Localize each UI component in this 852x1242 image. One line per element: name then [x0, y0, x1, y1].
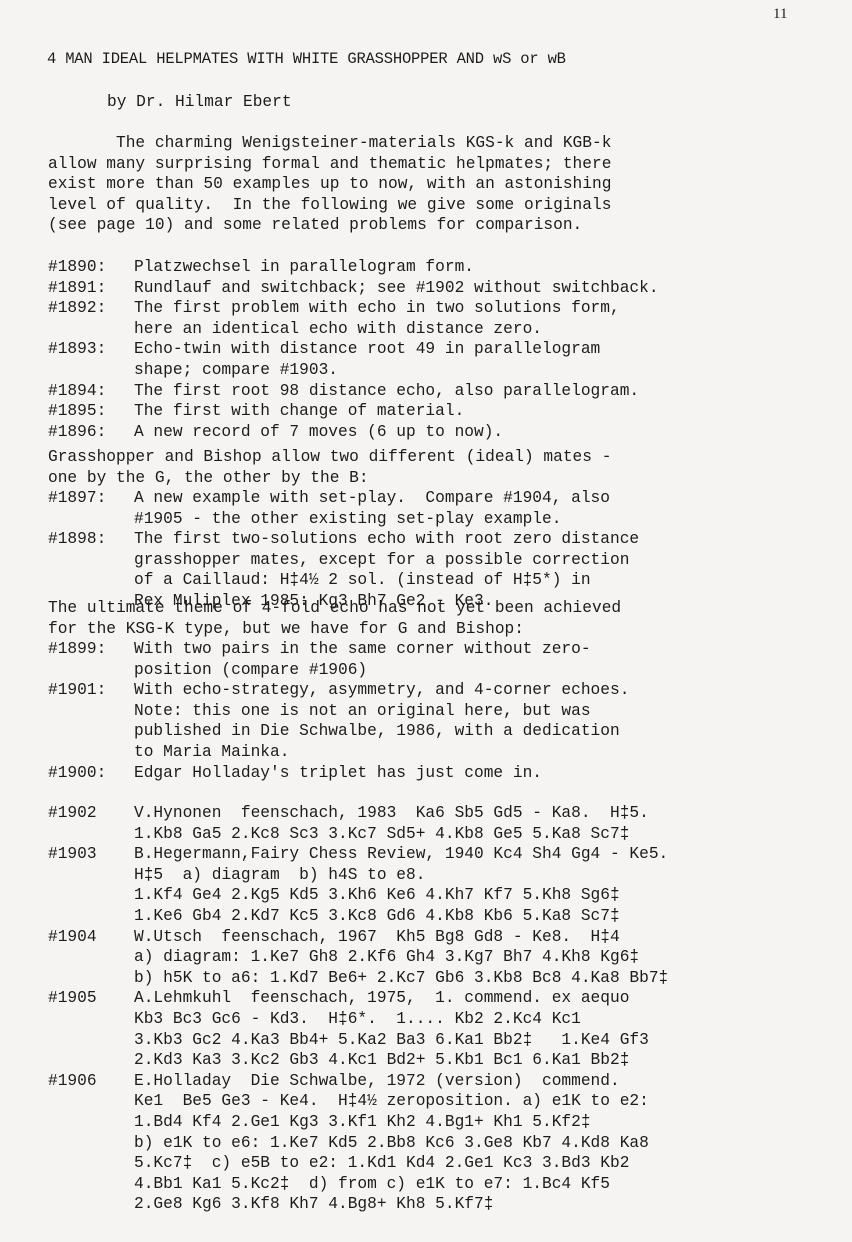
problem-text: With echo-strategy, asymmetry, and 4-cor…: [134, 680, 629, 701]
problem-number: #1906: [48, 1071, 134, 1092]
problem-entry-line: Note: this one is not an original here, …: [48, 701, 629, 722]
section-2-intro: Grasshopper and Bishop allow two differe…: [48, 447, 611, 488]
problem-entry-line: here an identical echo with distance zer…: [48, 319, 659, 340]
problem-entry-line: 3.Kb3 Gc2 4.Ka3 Bb4+ 5.Ka2 Ba3 6.Ka1 Bb2…: [48, 1030, 668, 1051]
originals-list-2: #1897:A new example with set-play. Compa…: [48, 488, 639, 612]
problem-entry-line: #1892:The first problem with echo in two…: [48, 298, 659, 319]
problem-entry-line: #1894:The first root 98 distance echo, a…: [48, 381, 659, 402]
problem-text: to Maria Mainka.: [134, 742, 289, 763]
text-line: one by the G, the other by the B:: [48, 468, 611, 489]
problem-number: [48, 701, 134, 722]
problem-text: here an identical echo with distance zer…: [134, 319, 542, 340]
problem-entry-line: b) h5K to a6: 1.Kd7 Be6+ 2.Kc7 Gb6 3.Kb8…: [48, 968, 668, 989]
problem-number: [48, 570, 134, 591]
problem-entry-line: 2.Ge8 Kg6 3.Kf8 Kh7 4.Bg8+ Kh8 5.Kf7‡: [48, 1194, 668, 1215]
problem-entry-line: to Maria Mainka.: [48, 742, 629, 763]
section-3-intro: The ultimate theme of 4-fold echo has no…: [48, 598, 621, 639]
problem-number: #1892:: [48, 298, 134, 319]
problem-text: Rundlauf and switchback; see #1902 witho…: [134, 278, 659, 299]
problem-number: #1900:: [48, 763, 134, 784]
problem-text: 1.Kf4 Ge4 2.Kg5 Kd5 3.Kh6 Ke6 4.Kh7 Kf7 …: [134, 885, 620, 906]
article-title: 4 MAN IDEAL HELPMATES WITH WHITE GRASSHO…: [47, 50, 566, 68]
problem-number: [48, 1030, 134, 1051]
text-line: allow many surprising formal and themati…: [48, 154, 611, 175]
problem-number: #1890:: [48, 257, 134, 278]
problem-entry-line: #1901:With echo-strategy, asymmetry, and…: [48, 680, 629, 701]
problem-text: shape; compare #1903.: [134, 360, 338, 381]
problem-entry-line: 5.Kc7‡ c) e5B to e2: 1.Kd1 Kd4 2.Ge1 Kc3…: [48, 1153, 668, 1174]
problem-text: H‡5 a) diagram b) h4S to e8.: [134, 865, 425, 886]
problem-entry-line: Kb3 Bc3 Gc6 - Kd3. H‡6*. 1.... Kb2 2.Kc4…: [48, 1009, 668, 1030]
problem-number: [48, 1153, 134, 1174]
problem-entry-line: published in Die Schwalbe, 1986, with a …: [48, 721, 629, 742]
problem-text: A.Lehmkuhl feenschach, 1975, 1. commend.…: [134, 988, 629, 1009]
text-line: The ultimate theme of 4-fold echo has no…: [48, 598, 621, 619]
problem-text: The first root 98 distance echo, also pa…: [134, 381, 639, 402]
problem-entry-line: 4.Bb1 Ka1 5.Kc2‡ d) from c) e1K to e7: 1…: [48, 1174, 668, 1195]
text-line: level of quality. In the following we gi…: [48, 195, 611, 216]
problem-number: [48, 660, 134, 681]
problem-number: [48, 1050, 134, 1071]
problem-text: grasshopper mates, except for a possible…: [134, 550, 629, 571]
problem-number: [48, 1174, 134, 1195]
intro-paragraph: The charming Wenigsteiner-materials KGS-…: [48, 133, 611, 236]
problem-number: #1902: [48, 803, 134, 824]
problem-number: #1899:: [48, 639, 134, 660]
problem-text: 1.Ke6 Gb4 2.Kd7 Kc5 3.Kc8 Gd6 4.Kb8 Kb6 …: [134, 906, 620, 927]
text-line: exist more than 50 examples up to now, w…: [48, 174, 611, 195]
problem-entry-line: 2.Kd3 Ka3 3.Kc2 Gb3 4.Kc1 Bd2+ 5.Kb1 Bc1…: [48, 1050, 668, 1071]
problem-text: The first two-solutions echo with root z…: [134, 529, 639, 550]
problem-entry-line: position (compare #1906): [48, 660, 629, 681]
problem-text: b) e1K to e6: 1.Ke7 Kd5 2.Bb8 Kc6 3.Ge8 …: [134, 1133, 649, 1154]
problem-entry-line: #1905 - the other existing set-play exam…: [48, 509, 639, 530]
problem-entry-line: #1895:The first with change of material.: [48, 401, 659, 422]
problem-number: #1903: [48, 844, 134, 865]
problem-entry-line: #1897:A new example with set-play. Compa…: [48, 488, 639, 509]
problem-text: 2.Kd3 Ka3 3.Kc2 Gb3 4.Kc1 Bd2+ 5.Kb1 Bc1…: [134, 1050, 629, 1071]
text-line: (see page 10) and some related problems …: [48, 215, 611, 236]
problem-text: E.Holladay Die Schwalbe, 1972 (version) …: [134, 1071, 620, 1092]
problem-number: [48, 824, 134, 845]
text-line: The charming Wenigsteiner-materials KGS-…: [48, 133, 611, 154]
problem-number: [48, 1133, 134, 1154]
problem-text: V.Hynonen feenschach, 1983 Ka6 Sb5 Gd5 -…: [134, 803, 649, 824]
problem-number: [48, 509, 134, 530]
problem-entry-line: 1.Ke6 Gb4 2.Kd7 Kc5 3.Kc8 Gd6 4.Kb8 Kb6 …: [48, 906, 668, 927]
problem-text: Note: this one is not an original here, …: [134, 701, 591, 722]
problem-text: position (compare #1906): [134, 660, 367, 681]
problem-text: 1.Kb8 Ga5 2.Kc8 Sc3 3.Kc7 Sd5+ 4.Kb8 Ge5…: [134, 824, 629, 845]
problem-text: B.Hegermann,Fairy Chess Review, 1940 Kc4…: [134, 844, 668, 865]
problem-entry-line: #1898:The first two-solutions echo with …: [48, 529, 639, 550]
problem-number: [48, 1091, 134, 1112]
problem-entry-line: a) diagram: 1.Ke7 Gh8 2.Kf6 Gh4 3.Kg7 Bh…: [48, 947, 668, 968]
problem-number: [48, 968, 134, 989]
originals-list-3: #1899:With two pairs in the same corner …: [48, 639, 629, 783]
problem-entry-line: #1900:Edgar Holladay's triplet has just …: [48, 763, 629, 784]
problem-number: [48, 906, 134, 927]
problem-text: published in Die Schwalbe, 1986, with a …: [134, 721, 620, 742]
problem-entry-line: #1896:A new record of 7 moves (6 up to n…: [48, 422, 659, 443]
problem-entry-line: Ke1 Be5 Ge3 - Ke4. H‡4½ zeroposition. a)…: [48, 1091, 668, 1112]
problem-text: #1905 - the other existing set-play exam…: [134, 509, 561, 530]
problem-number: [48, 550, 134, 571]
problem-entry-line: grasshopper mates, except for a possible…: [48, 550, 639, 571]
problem-number: #1897:: [48, 488, 134, 509]
problem-entry-line: #1905A.Lehmkuhl feenschach, 1975, 1. com…: [48, 988, 668, 1009]
problem-number: #1904: [48, 927, 134, 948]
problem-entry-line: #1902V.Hynonen feenschach, 1983 Ka6 Sb5 …: [48, 803, 668, 824]
problem-number: [48, 742, 134, 763]
text-line: Grasshopper and Bishop allow two differe…: [48, 447, 611, 468]
problem-number: [48, 721, 134, 742]
problem-entry-line: H‡5 a) diagram b) h4S to e8.: [48, 865, 668, 886]
problem-text: 5.Kc7‡ c) e5B to e2: 1.Kd1 Kd4 2.Ge1 Kc3…: [134, 1153, 629, 1174]
problem-text: With two pairs in the same corner withou…: [134, 639, 591, 660]
problem-number: [48, 1194, 134, 1215]
problem-text: Platzwechsel in parallelogram form.: [134, 257, 474, 278]
problem-text: A new example with set-play. Compare #19…: [134, 488, 610, 509]
problem-entry-line: #1890:Platzwechsel in parallelogram form…: [48, 257, 659, 278]
problem-entry-line: 1.Bd4 Kf4 2.Ge1 Kg3 3.Kf1 Kh2 4.Bg1+ Kh1…: [48, 1112, 668, 1133]
problem-text: Kb3 Bc3 Gc6 - Kd3. H‡6*. 1.... Kb2 2.Kc4…: [134, 1009, 581, 1030]
problem-text: A new record of 7 moves (6 up to now).: [134, 422, 503, 443]
problem-number: #1893:: [48, 339, 134, 360]
originals-list-1: #1890:Platzwechsel in parallelogram form…: [48, 257, 659, 442]
page-number: 11: [773, 6, 787, 23]
problem-number: [48, 360, 134, 381]
problem-text: The first problem with echo in two solut…: [134, 298, 620, 319]
problem-entry-line: 1.Kb8 Ga5 2.Kc8 Sc3 3.Kc7 Sd5+ 4.Kb8 Ge5…: [48, 824, 668, 845]
problem-text: 2.Ge8 Kg6 3.Kf8 Kh7 4.Bg8+ Kh8 5.Kf7‡: [134, 1194, 493, 1215]
problem-text: Ke1 Be5 Ge3 - Ke4. H‡4½ zeroposition. a)…: [134, 1091, 649, 1112]
problem-entry-line: 1.Kf4 Ge4 2.Kg5 Kd5 3.Kh6 Ke6 4.Kh7 Kf7 …: [48, 885, 668, 906]
problem-text: 4.Bb1 Ka1 5.Kc2‡ d) from c) e1K to e7: 1…: [134, 1174, 610, 1195]
problem-text: a) diagram: 1.Ke7 Gh8 2.Kf6 Gh4 3.Kg7 Bh…: [134, 947, 639, 968]
problem-number: [48, 1112, 134, 1133]
problem-text: Echo-twin with distance root 49 in paral…: [134, 339, 600, 360]
problem-number: [48, 947, 134, 968]
text-line: for the KSG-K type, but we have for G an…: [48, 619, 621, 640]
problem-text: of a Caillaud: H‡4½ 2 sol. (instead of H…: [134, 570, 591, 591]
problem-number: #1896:: [48, 422, 134, 443]
byline: by Dr. Hilmar Ebert: [107, 93, 292, 111]
problem-entry-line: #1893:Echo-twin with distance root 49 in…: [48, 339, 659, 360]
problem-number: #1901:: [48, 680, 134, 701]
problem-entry-line: shape; compare #1903.: [48, 360, 659, 381]
problem-text: 3.Kb3 Gc2 4.Ka3 Bb4+ 5.Ka2 Ba3 6.Ka1 Bb2…: [134, 1030, 649, 1051]
problem-number: [48, 865, 134, 886]
problem-text: Edgar Holladay's triplet has just come i…: [134, 763, 542, 784]
problem-number: [48, 885, 134, 906]
related-problems-list: #1902V.Hynonen feenschach, 1983 Ka6 Sb5 …: [48, 803, 668, 1215]
problem-entry-line: #1891:Rundlauf and switchback; see #1902…: [48, 278, 659, 299]
problem-entry-line: b) e1K to e6: 1.Ke7 Kd5 2.Bb8 Kc6 3.Ge8 …: [48, 1133, 668, 1154]
problem-text: The first with change of material.: [134, 401, 464, 422]
problem-number: [48, 319, 134, 340]
problem-entry-line: #1906E.Holladay Die Schwalbe, 1972 (vers…: [48, 1071, 668, 1092]
problem-text: b) h5K to a6: 1.Kd7 Be6+ 2.Kc7 Gb6 3.Kb8…: [134, 968, 668, 989]
problem-number: #1891:: [48, 278, 134, 299]
problem-number: [48, 1009, 134, 1030]
problem-text: 1.Bd4 Kf4 2.Ge1 Kg3 3.Kf1 Kh2 4.Bg1+ Kh1…: [134, 1112, 591, 1133]
problem-entry-line: of a Caillaud: H‡4½ 2 sol. (instead of H…: [48, 570, 639, 591]
problem-number: #1894:: [48, 381, 134, 402]
problem-number: #1905: [48, 988, 134, 1009]
problem-entry-line: #1903B.Hegermann,Fairy Chess Review, 194…: [48, 844, 668, 865]
problem-number: #1898:: [48, 529, 134, 550]
problem-number: #1895:: [48, 401, 134, 422]
problem-entry-line: #1899:With two pairs in the same corner …: [48, 639, 629, 660]
problem-entry-line: #1904W.Utsch feenschach, 1967 Kh5 Bg8 Gd…: [48, 927, 668, 948]
problem-text: W.Utsch feenschach, 1967 Kh5 Bg8 Gd8 - K…: [134, 927, 620, 948]
